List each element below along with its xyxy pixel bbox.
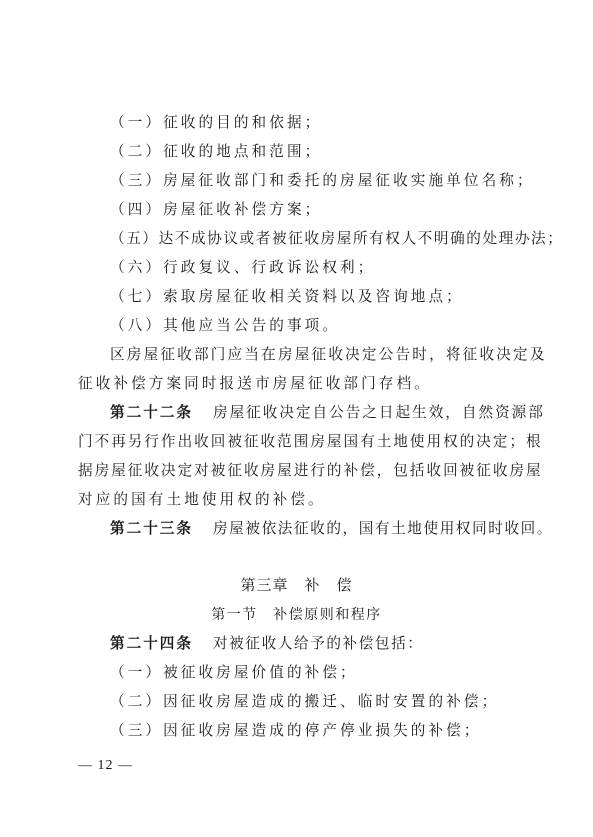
list-item: （二）因征收房屋造成的搬迁、临时安置的补偿； bbox=[110, 692, 499, 712]
chapter-heading: 第三章 补 偿 bbox=[0, 575, 593, 595]
article-text: 房屋被依法征收的，国有土地使用权同时收回。 bbox=[213, 520, 553, 537]
paragraph-line: 区房屋征收部门应当在房屋征收决定公告时，将征收决定及 bbox=[110, 345, 547, 365]
list-item: （三）因征收房屋造成的停产停业损失的补偿； bbox=[110, 721, 482, 741]
list-item: （二）征收的地点和范围； bbox=[110, 142, 322, 162]
list-item: （八）其他应当公告的事项。 bbox=[110, 316, 340, 336]
article-text: 房屋征收决定自公告之日起生效，自然资源部 bbox=[213, 404, 545, 421]
article-text: 对被征收人给予的补偿包括： bbox=[213, 635, 424, 652]
article-24: 第二十四条对被征收人给予的补偿包括： bbox=[110, 634, 424, 654]
paragraph-line: 门不再另行作出收回被征收范围房屋国有土地使用权的决定；根 bbox=[78, 432, 528, 452]
list-item: （六）行政复议、行政诉讼权利； bbox=[110, 258, 375, 278]
list-item: （一）征收的目的和依据； bbox=[110, 113, 322, 133]
article-22-line1: 第二十二条房屋征收决定自公告之日起生效，自然资源部 bbox=[110, 403, 545, 423]
list-item: （七）索取房屋征收相关资料以及咨询地点； bbox=[110, 287, 464, 307]
paragraph-line: 据房屋征收决定对被征收房屋进行的补偿，包括收回被征收房屋 bbox=[78, 461, 528, 481]
article-label: 第二十四条 bbox=[110, 635, 193, 652]
paragraph-line: 征收补偿方案同时报送市房屋征收部门存档。 bbox=[78, 374, 432, 394]
paragraph-line: 对应的国有土地使用权的补偿。 bbox=[78, 490, 326, 510]
article-label: 第二十三条 bbox=[110, 520, 193, 537]
list-item: （三）房屋征收部门和委托的房屋征收实施单位名称； bbox=[110, 171, 535, 191]
list-item: （一）被征收房屋价值的补偿； bbox=[110, 663, 358, 683]
page-number: — 12 — bbox=[78, 758, 133, 774]
article-23: 第二十三条房屋被依法征收的，国有土地使用权同时收回。 bbox=[110, 519, 553, 539]
section-heading: 第一节 补偿原则和程序 bbox=[0, 605, 593, 625]
list-item: （五）达不成协议或者被征收房屋所有权人不明确的处理办法； bbox=[110, 229, 563, 249]
article-label: 第二十二条 bbox=[110, 404, 193, 421]
list-item: （四）房屋征收补偿方案； bbox=[110, 200, 322, 220]
